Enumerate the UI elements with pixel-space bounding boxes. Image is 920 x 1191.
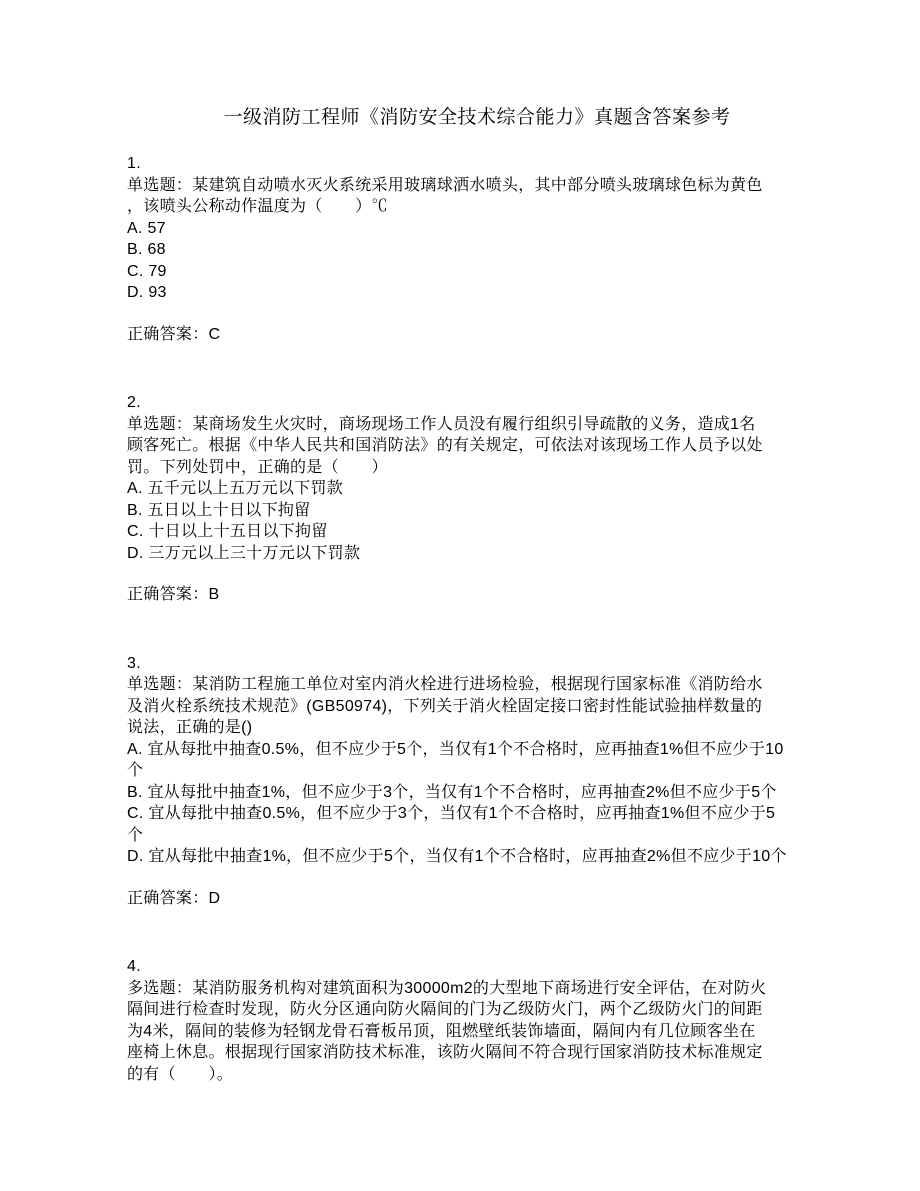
question-stem: 单选题：某消防工程施工单位对室内消火栓进行进场检验，根据现行国家标准《消防给水 … <box>127 674 827 739</box>
option-d: D. 宜从每批中抽查1%，但不应少于5个，当仅有1个不合格时，应再抽查2%但不应… <box>127 846 827 868</box>
answer-value: C <box>209 326 221 343</box>
option-b: B. 宜从每批中抽查1%，但不应少于3个，当仅有1个不合格时，应再抽查2%但不应… <box>127 782 827 804</box>
question-number: 1. <box>127 153 827 175</box>
answer-label: 正确答案： <box>127 586 209 603</box>
question-stem: 单选题：某建筑自动喷水灭火系统采用玻璃球洒水喷头，其中部分喷头玻璃球色标为黄色 … <box>127 175 827 218</box>
question-1: 1. 单选题：某建筑自动喷水灭火系统采用玻璃球洒水喷头，其中部分喷头玻璃球色标为… <box>127 153 827 345</box>
option-c: C. 十日以上十五日以下拘留 <box>127 521 827 543</box>
document-page: 一级消防工程师《消防安全技术综合能力》真题含答案参考 1. 单选题：某建筑自动喷… <box>0 0 920 1191</box>
answer-line: 正确答案：D <box>127 888 827 910</box>
answer-label: 正确答案： <box>127 326 209 343</box>
option-d: D. 三万元以上三十万元以下罚款 <box>127 543 827 565</box>
option-c: C. 79 <box>127 261 827 283</box>
question-stem: 单选题：某商场发生火灾时，商场现场工作人员没有履行组织引导疏散的义务，造成1名 … <box>127 414 827 479</box>
option-b: B. 68 <box>127 239 827 261</box>
question-4: 4. 多选题：某消防服务机构对建筑面积为30000m2的大型地下商场进行安全评估… <box>127 956 827 1085</box>
question-number: 3. <box>127 653 827 675</box>
question-3: 3. 单选题：某消防工程施工单位对室内消火栓进行进场检验，根据现行国家标准《消防… <box>127 653 827 910</box>
option-d: D. 93 <box>127 282 827 304</box>
answer-line: 正确答案：C <box>127 324 827 346</box>
option-c: C. 宜从每批中抽查0.5%，但不应少于3个，当仅有1个不合格时，应再抽查1%但… <box>127 803 827 846</box>
question-number: 4. <box>127 956 827 978</box>
question-2: 2. 单选题：某商场发生火灾时，商场现场工作人员没有履行组织引导疏散的义务，造成… <box>127 392 827 606</box>
document-title: 一级消防工程师《消防安全技术综合能力》真题含答案参考 <box>127 104 827 131</box>
answer-value: B <box>209 586 220 603</box>
option-b: B. 五日以上十日以下拘留 <box>127 500 827 522</box>
answer-line: 正确答案：B <box>127 584 827 606</box>
option-a: A. 五千元以上五万元以下罚款 <box>127 478 827 500</box>
answer-label: 正确答案： <box>127 890 209 907</box>
option-a: A. 57 <box>127 218 827 240</box>
option-a: A. 宜从每批中抽查0.5%，但不应少于5个，当仅有1个不合格时，应再抽查1%但… <box>127 739 827 782</box>
question-stem: 多选题：某消防服务机构对建筑面积为30000m2的大型地下商场进行安全评估，在对… <box>127 978 827 1086</box>
answer-value: D <box>209 890 221 907</box>
question-number: 2. <box>127 392 827 414</box>
